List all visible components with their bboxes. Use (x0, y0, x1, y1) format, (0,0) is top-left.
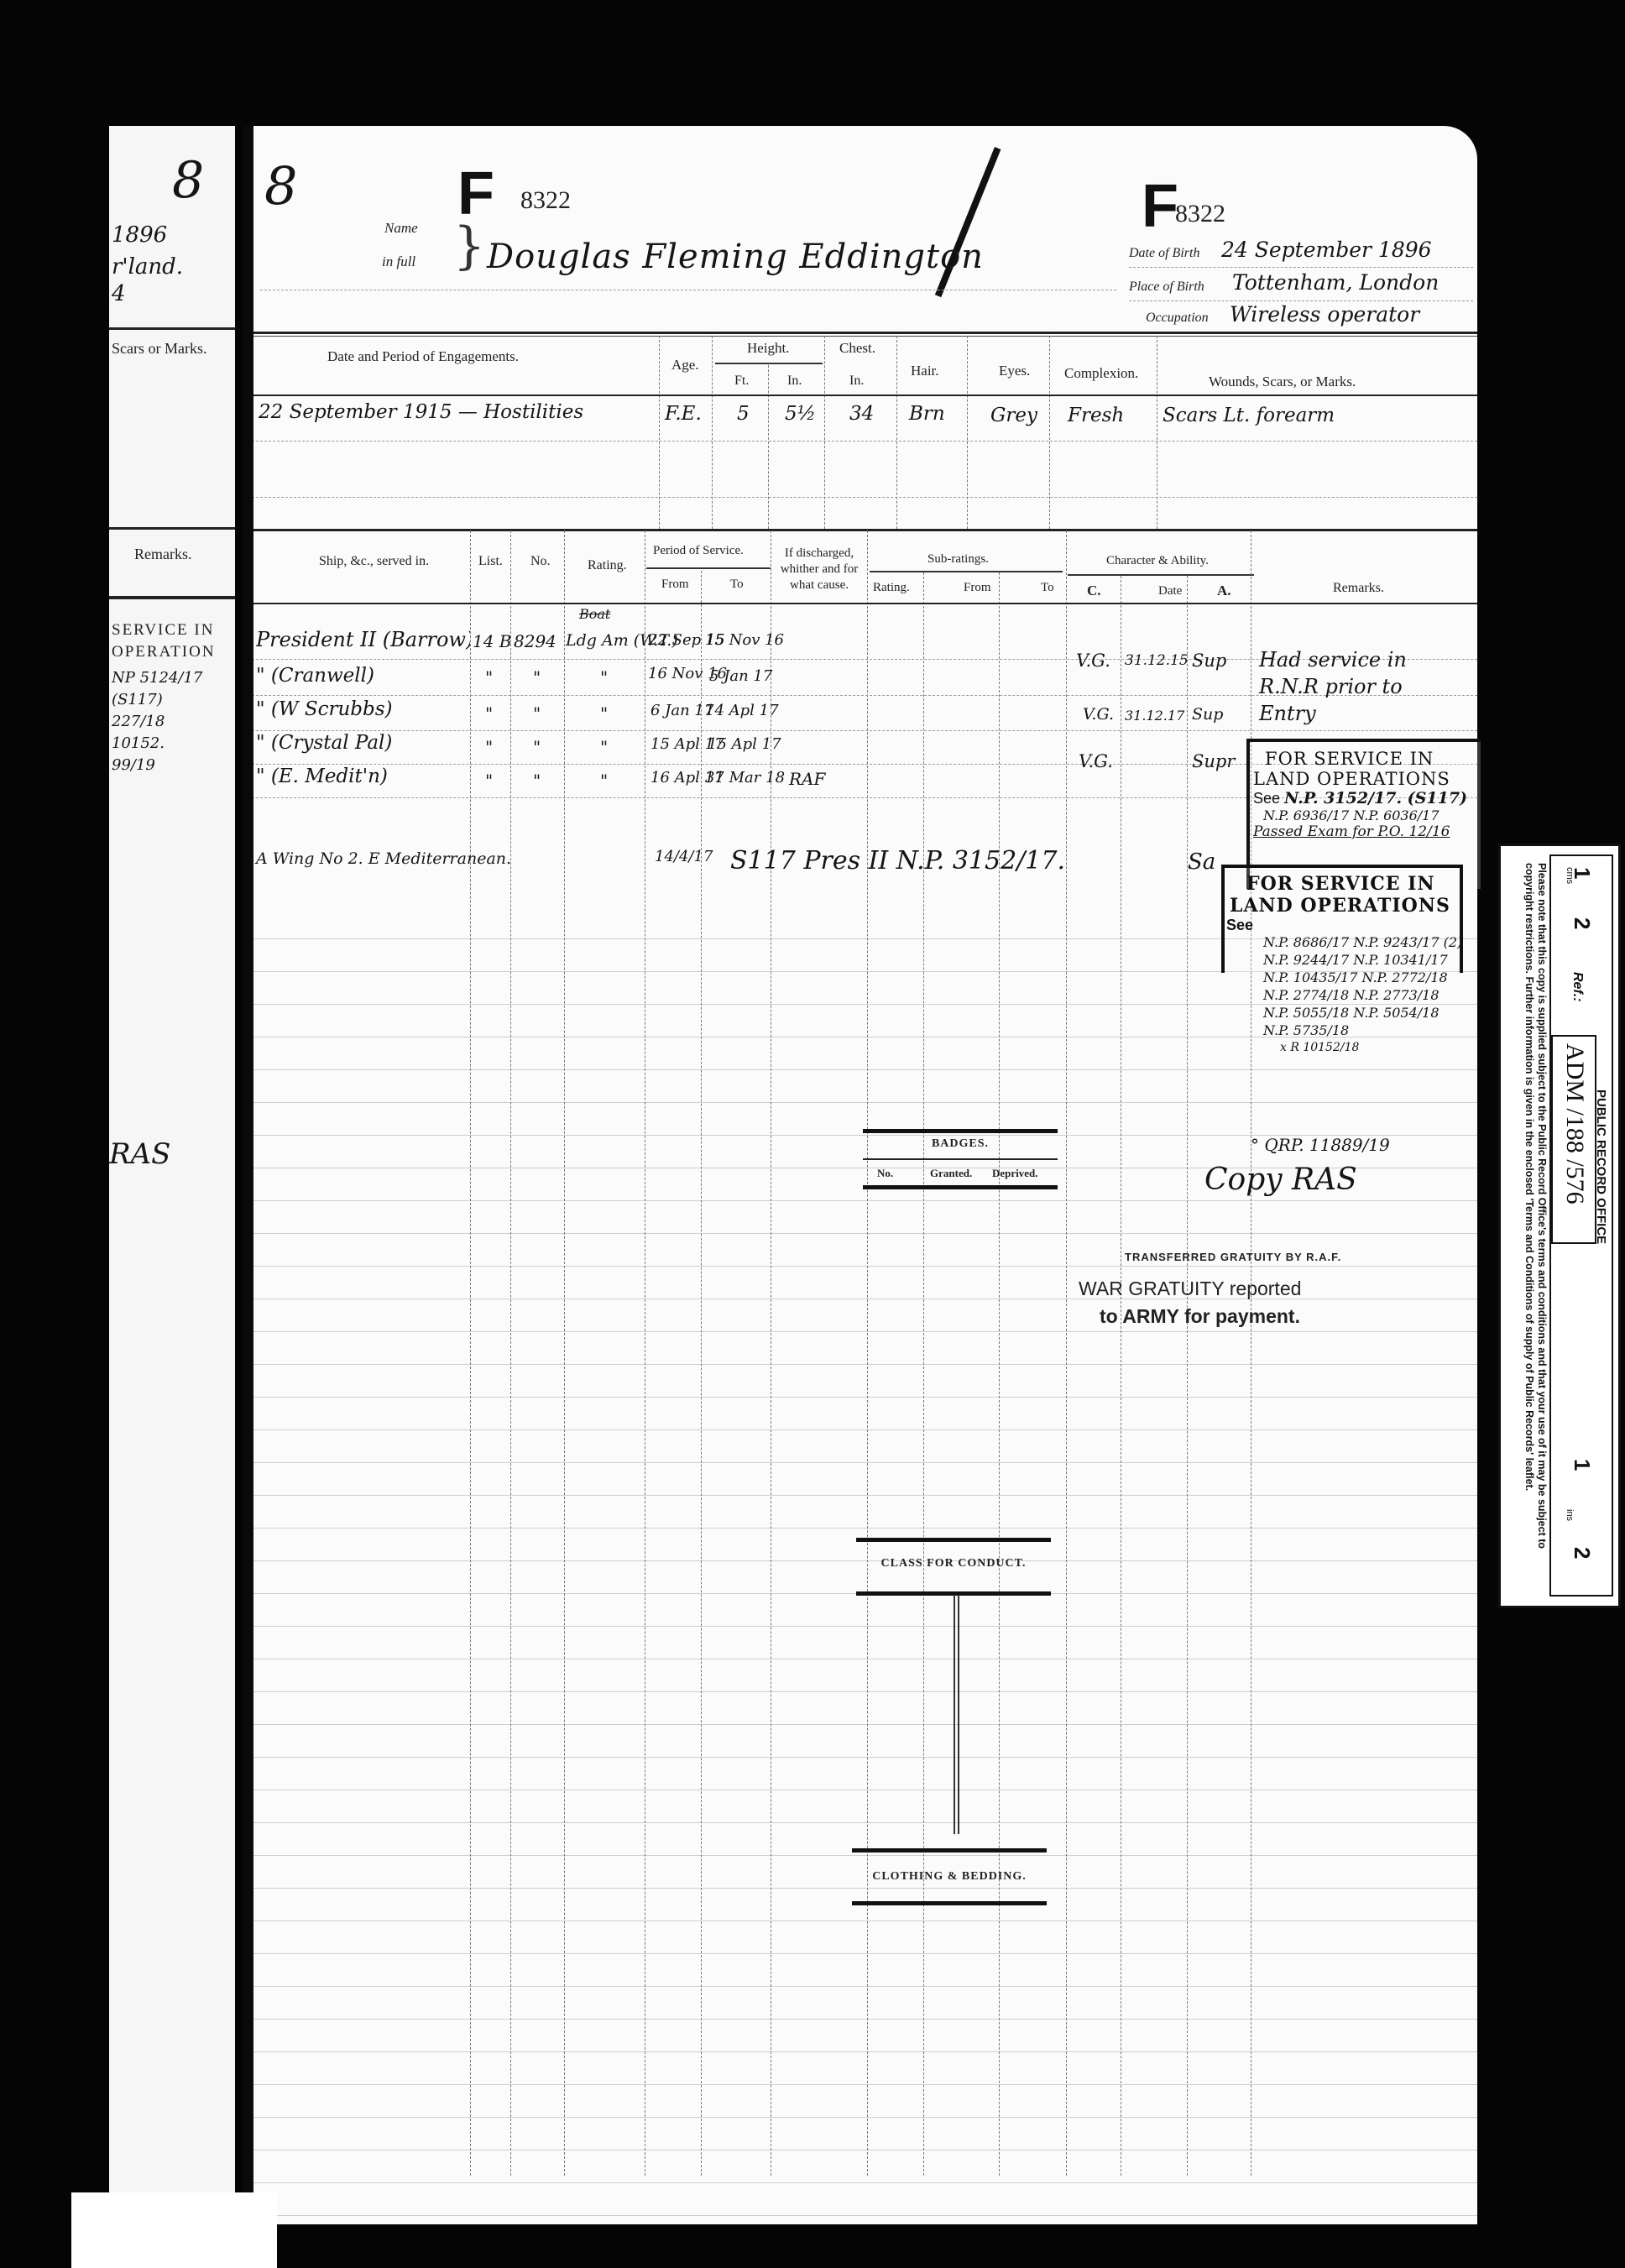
left-divider (109, 527, 235, 530)
badges-no: No. (877, 1167, 893, 1180)
occupation-label: Occupation (1146, 311, 1209, 326)
left-page-strip (109, 126, 235, 2224)
pro-copyright-notice: Please note that this copy is supplied s… (1523, 863, 1548, 1593)
col-divider (1187, 576, 1188, 2176)
pob-underline (1129, 300, 1473, 301)
left-divider (109, 596, 235, 599)
header-remarks: Remarks. (1333, 581, 1384, 596)
header-age: Age. (671, 357, 699, 374)
form-number: 8322 (520, 186, 571, 215)
left-header-wounds: Scars or Marks. (112, 340, 206, 358)
copy-signature: Copy RAS (1204, 1163, 1357, 1197)
col-divider (1066, 530, 1067, 2176)
row-hair: Brn (909, 403, 945, 425)
dob-underline (1129, 267, 1473, 268)
header-no: No. (530, 554, 551, 569)
table-top-rule-2 (252, 336, 1477, 337)
dob-value: 24 September 1896 (1221, 238, 1432, 262)
left-place-fragment: r'land. (112, 254, 183, 280)
header-hair: Hair. (911, 363, 939, 379)
land-operations-refs: N.P. 8686/17 N.P. 9243/17 (2) N.P. 9244/… (1263, 933, 1462, 1057)
row-rule (252, 497, 1477, 498)
header-eyes: Eyes. (999, 363, 1030, 379)
row-ship: " (W Scrubbs) (256, 698, 392, 720)
header-a: A. (1217, 583, 1231, 599)
cms-2: 2 (1569, 917, 1595, 929)
name-value: Douglas Fleming Eddington (487, 238, 984, 276)
brace-icon: } (453, 217, 485, 275)
col-divider (510, 530, 511, 2176)
conduct-rule (856, 1538, 1051, 1542)
header-sub-to: To (1041, 581, 1054, 595)
col-divider (867, 530, 868, 2176)
pro-ref-label: Ref.: (1570, 972, 1585, 1002)
left-divider (109, 327, 235, 330)
qrp-reference: ° QRP. 11889/19 (1251, 1135, 1390, 1155)
gratuity-stamp-line2: WAR GRATUITY reported (1079, 1278, 1301, 1300)
row-list: " (485, 667, 493, 687)
header-discharged: If discharged, whither and for what caus… (772, 546, 866, 593)
extra-date: 14/4/17 (655, 848, 713, 865)
row-no: " (533, 771, 541, 791)
name-label: Name (384, 220, 418, 237)
row-to: 14 Apl 17 (705, 702, 779, 719)
badges-title: BADGES. (863, 1137, 1058, 1151)
service-table-top-rule (252, 529, 1477, 531)
row-ship: " (Crystal Pal) (256, 732, 392, 754)
conduct-title: CLASS FOR CONDUCT. (856, 1557, 1051, 1570)
col-divider (1049, 336, 1050, 529)
pro-ref-value: ADM /188 /576 (1560, 1043, 1589, 1205)
left-notes: NP 5124/17 (S117) 227/18 10152. 99/19 (112, 667, 238, 776)
header-from: From (661, 577, 689, 592)
header-wounds: Wounds, Scars, or Marks. (1209, 374, 1356, 390)
row-no: " (533, 703, 541, 724)
row-chest: 34 (849, 403, 874, 425)
page-binding-edge (243, 126, 253, 2224)
left-stamp-line2: OPERATION (112, 643, 216, 661)
row-to: 31 Mar 18 (705, 769, 785, 786)
height-rule (715, 363, 823, 364)
conduct-divider (954, 1595, 955, 1834)
character-a: Supr (1192, 751, 1235, 771)
cms-label: cms (1565, 867, 1575, 884)
header-date: Date (1158, 584, 1182, 598)
extra-ship: A Wing No 2. E Mediterranean. (256, 849, 511, 868)
pob-value: Tottenham, London (1232, 270, 1439, 295)
badges-rule (863, 1185, 1058, 1189)
row-rating: " (600, 737, 608, 757)
gratuity-stamp-line3: to ARMY for payment. (1100, 1305, 1300, 1328)
header-chest: Chest. (839, 340, 875, 357)
clothing-rule (852, 1901, 1047, 1905)
left-stamp-line1: SERVICE IN (112, 621, 214, 640)
clothing-title: CLOTHING & BEDDING. (852, 1870, 1047, 1884)
character-date: 31.12.15 (1125, 652, 1189, 669)
row-ship: " (E. Medit'n) (256, 766, 388, 787)
header-chest-in: In. (849, 374, 864, 389)
name-label-2: in full (382, 253, 415, 270)
extra-tail: Sa (1188, 849, 1215, 875)
subratings-rule (870, 571, 1063, 572)
form-code-letter-right: F (1142, 172, 1178, 241)
left-folio-mark: 8 (172, 151, 204, 210)
row-to: 15 Apl 17 (708, 735, 781, 753)
name-underline (260, 290, 1116, 290)
row-discharged: RAF (789, 769, 825, 789)
header-in: In. (787, 374, 802, 389)
character-date: 31.12.17 (1125, 708, 1184, 724)
col-divider (824, 336, 825, 529)
row-ship: President II (Barrow) (256, 628, 470, 651)
row-rating: " (600, 667, 608, 687)
col-divider (1121, 576, 1121, 2176)
badges-rule (863, 1129, 1058, 1133)
col-divider (999, 572, 1000, 2176)
header-sub-from: From (964, 581, 991, 595)
row-no: 8294 (514, 631, 556, 651)
col-divider (712, 336, 713, 529)
header-period: Period of Service. (653, 544, 744, 558)
public-record-office-strip: PUBLIC RECORD OFFICE ADM /188 /576 Ref.:… (1498, 844, 1621, 1608)
row-ft: 5 (737, 403, 750, 425)
row-no: " (533, 667, 541, 687)
dob-label: Date of Birth (1129, 246, 1199, 261)
row-ship: " (Cranwell) (256, 665, 374, 687)
header-to: To (730, 577, 744, 592)
character-a: Sup (1192, 705, 1223, 724)
badges-deprived: Deprived. (992, 1167, 1038, 1180)
character-c: V.G. (1076, 651, 1110, 671)
conduct-divider (958, 1595, 959, 1834)
badges-rule (863, 1158, 1058, 1160)
header-complexion: Complexion. (1064, 365, 1138, 382)
col-divider (564, 530, 565, 2176)
left-dob-fragment: 1896 (112, 222, 167, 248)
character-c: V.G. (1079, 751, 1113, 771)
col-divider (896, 336, 897, 529)
extra-note: S117 Pres II N.P. 3152/17. (730, 846, 1065, 875)
row-list: " (485, 771, 493, 791)
pob-label: Place of Birth (1129, 280, 1204, 295)
badges-granted: Granted. (930, 1167, 972, 1180)
ins-label: ins (1565, 1509, 1575, 1521)
remarks-text: Had service in R.N.R prior to Entry (1259, 646, 1407, 727)
row-age: F.E. (665, 403, 702, 425)
row-list: " (485, 737, 493, 757)
row-rating: " (600, 771, 608, 791)
row-no: " (533, 737, 541, 757)
header-height: Height. (747, 340, 790, 357)
left-signature: RAS (109, 1137, 170, 1171)
row-to: 15 Nov 16 (705, 631, 784, 649)
occupation-value: Wireless operator (1230, 302, 1419, 327)
service-header-bottom-rule (252, 603, 1477, 604)
header-sub-rating: Rating. (873, 581, 910, 595)
character-rule (1068, 574, 1254, 576)
header-rating: Rating. (588, 558, 627, 573)
row-rule (252, 441, 1477, 442)
row-rating: " (600, 703, 608, 724)
col-divider (645, 530, 645, 2176)
row-in: 5½ (785, 403, 816, 425)
bottom-label-patch (71, 2192, 277, 2268)
character-c: V.G. (1083, 705, 1114, 724)
col-divider (701, 571, 702, 2176)
clothing-rule (852, 1848, 1047, 1853)
form-number-right: 8322 (1175, 200, 1225, 228)
row-wounds: Scars Lt. forearm (1163, 405, 1335, 426)
row-complexion: Fresh (1068, 405, 1124, 426)
row-list: 14 B (473, 631, 512, 651)
folio-mark: 8 (264, 155, 297, 217)
header-bottom-rule (252, 395, 1477, 396)
period-rule (646, 567, 771, 569)
row-to: 5 Jan 17 (709, 667, 772, 685)
transfer-stamp-line1: TRANSFERRED GRATUITY BY R.A.F. (1125, 1251, 1341, 1263)
ins-2: 2 (1569, 1547, 1595, 1559)
left-occupation-fragment: 4 (112, 281, 126, 306)
row-rating-correction: Boat (579, 606, 610, 622)
character-a: Sup (1192, 651, 1226, 671)
header-ft: Ft. (734, 374, 749, 389)
ins-1: 1 (1569, 1459, 1595, 1471)
header-character: Character & Ability. (1106, 554, 1209, 568)
header-list: List. (478, 554, 503, 569)
row-date-period: 22 September 1915 — Hostilities (259, 401, 583, 423)
col-divider (470, 530, 471, 2176)
header-ship: Ship, &c., served in. (319, 554, 429, 569)
row-rule (252, 730, 1477, 731)
col-divider (1157, 336, 1157, 529)
row-list: " (485, 703, 493, 724)
col-divider (768, 365, 769, 529)
col-divider (923, 572, 924, 2176)
header-date-period: Date and Period of Engagements. (327, 348, 519, 365)
row-eyes: Grey (990, 405, 1037, 426)
left-header-remarks: Remarks. (134, 546, 191, 563)
table-top-rule (252, 332, 1477, 334)
header-subratings: Sub-ratings. (927, 552, 989, 567)
header-c: C. (1087, 583, 1101, 599)
col-divider (967, 336, 968, 529)
col-divider (659, 336, 660, 529)
